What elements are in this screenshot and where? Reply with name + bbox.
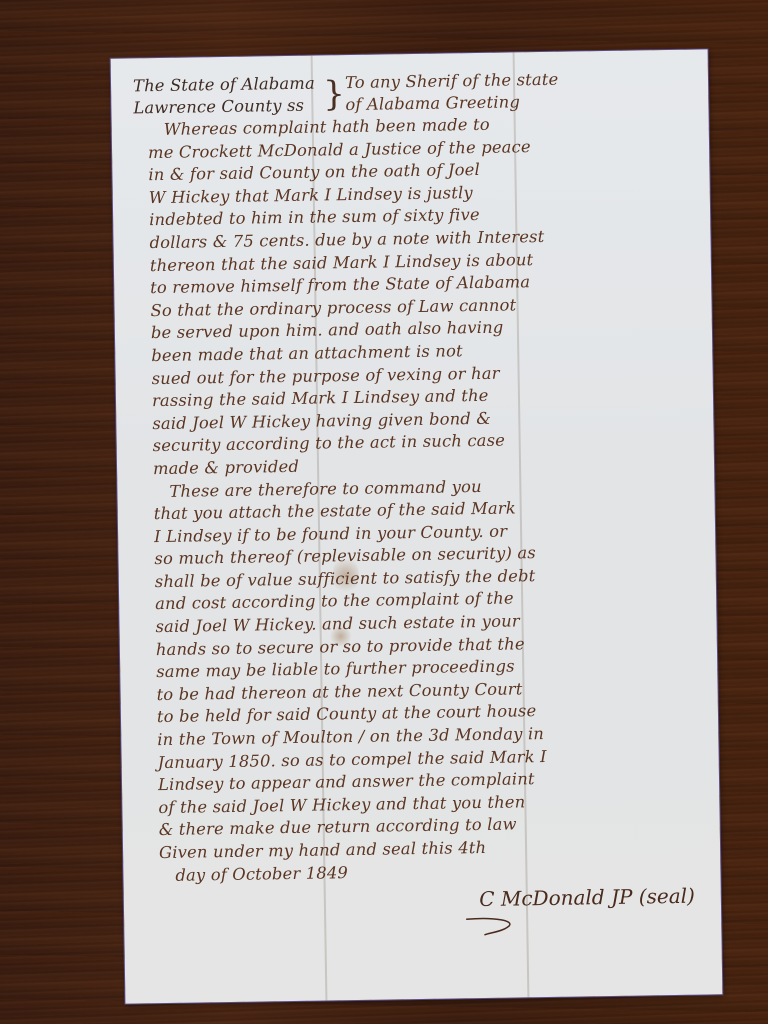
handwritten-document: The State of Alabama Lawrence County ss … (111, 49, 723, 1003)
wooden-desk-background: The State of Alabama Lawrence County ss … (0, 0, 768, 1024)
header-county: Lawrence County ss (133, 94, 323, 119)
header-greeting: of Alabama Greeting (345, 90, 559, 115)
header-venue: The State of Alabama Lawrence County ss (133, 72, 324, 119)
signature-flourish-icon (464, 914, 524, 937)
justice-signature: C McDonald JP (seal) (479, 884, 695, 911)
header-state: The State of Alabama (133, 72, 323, 97)
document-text: The State of Alabama Lawrence County ss … (133, 66, 709, 888)
header-address: To any Sherif of the state of Alabama Gr… (345, 68, 559, 115)
brace-icon: } (323, 74, 340, 114)
